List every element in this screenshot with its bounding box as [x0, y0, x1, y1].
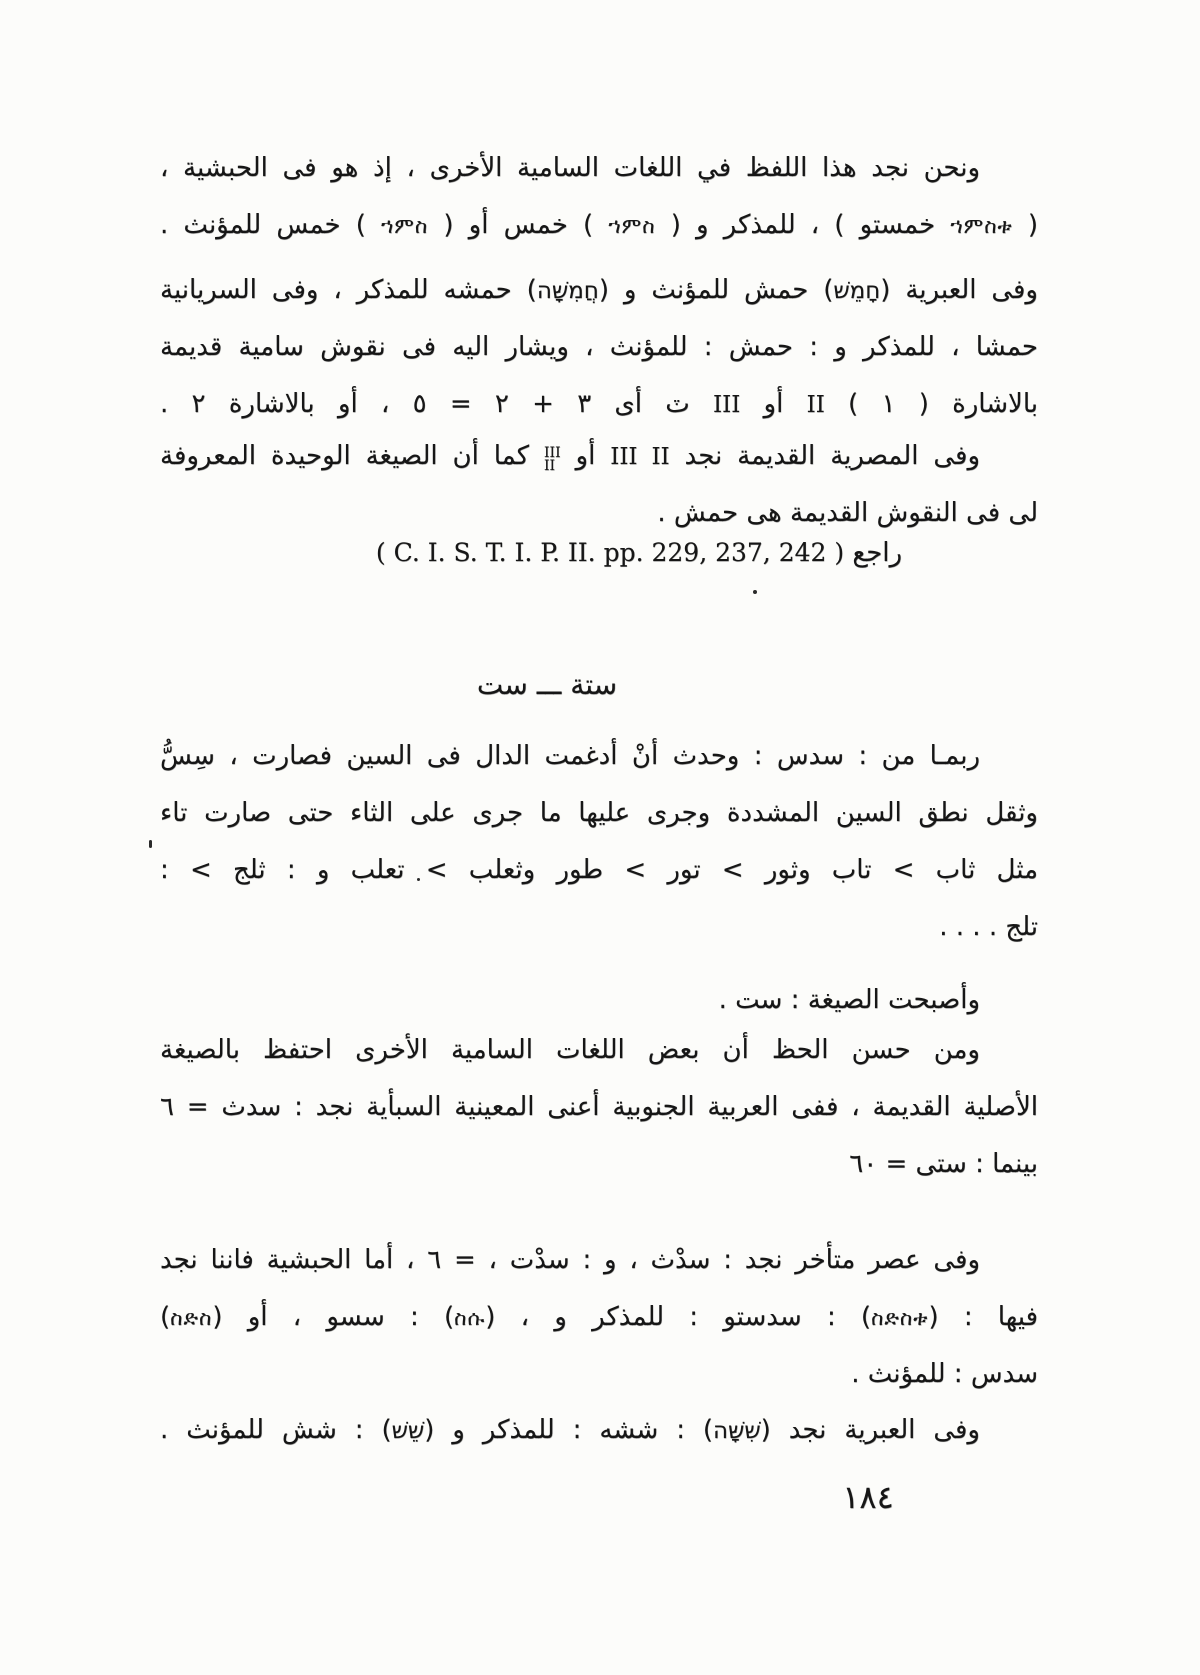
ink-speck [753, 590, 757, 594]
geez-word-khamistu: ኀምስቱ [950, 214, 1012, 238]
paragraph-ethiopic-five: ونحن نجد هذا اللفظ في اللغات السامية الأ… [160, 140, 1038, 254]
numeral-stack-bottom: II [544, 460, 561, 473]
roman-numeral-three: III [713, 392, 740, 418]
text-line: ومن حسن الحظ أن بعض اللغات السامية الأخر… [160, 1022, 1038, 1079]
paragraph-egyptian-five: وفى المصرية القديمة نجد III II أو IIIII … [160, 428, 1038, 542]
ink-speck [149, 840, 152, 848]
text-line: الأصلية القديمة ، ففى العربية الجنوبية أ… [160, 1079, 1038, 1136]
text-segment: فيها : ( [928, 1302, 1038, 1332]
section-heading: ستة ـــ ست [160, 668, 1038, 701]
paragraph-hebrew-syriac-five: وفى العبرية (חָמֵשׁ) حمش للمؤنث و (חֲמִש… [160, 262, 1038, 433]
section-heading-text: ستة ـــ ست [477, 668, 617, 701]
text-segment: خمستو ) ، للمذكر و ( [656, 210, 951, 240]
text-segment: أو [740, 389, 806, 419]
paragraph-six-etymology: ربمـا من : سدس : وحدث أنْ أدغمت الدال فى… [160, 728, 1038, 956]
text-segment: ( [1013, 210, 1038, 240]
hebrew-word-chamesh: חָמֵשׁ [833, 278, 880, 304]
text-segment: ) : ششه : للمذكر و ( [424, 1415, 713, 1445]
text-line: وفى العبرية (חָמֵשׁ) حمش للمؤنث و (חֲמִש… [160, 262, 1038, 319]
text-line: حمشا ، للمذكر و : حمش : للمؤنث ، ويشار ا… [160, 319, 1038, 376]
text-segment: ٽ أى ٣ + ٢ = ٥ ، أو بالاشارة ٢ . [160, 389, 713, 419]
text-line: ربمـا من : سدس : وحدث أنْ أدغمت الدال فى… [160, 728, 1038, 785]
hebrew-word-shishah: שִׁשָּׁה [713, 1418, 761, 1444]
text-line: وفى المصرية القديمة نجد III II أو IIIII … [160, 428, 1038, 485]
text-line: ونحن نجد هذا اللفظ في اللغات السامية الأ… [160, 140, 1038, 197]
geez-word-seds: ስድስ [170, 1306, 212, 1330]
citation-reference: ( C. I. S. T. I. P. II. pp. 229, 237, 24… [376, 538, 844, 567]
text-line: مثل ثاب > تاب وثور > تور > طور وثعلب > ت… [160, 842, 1038, 899]
roman-numeral-two: II [807, 392, 825, 418]
text-segment: ) حمش للمؤنث و ( [599, 275, 834, 305]
text-segment: وفى العبرية نجد ( [761, 1415, 980, 1445]
geez-word-khams: ኀምስ [381, 214, 428, 238]
geez-word-khams: ኀምስ [608, 214, 655, 238]
text-segment: وفى العبرية ( [880, 275, 1038, 305]
citation-line: راجع ( C. I. S. T. I. P. II. pp. 229, 23… [160, 538, 1038, 568]
geez-word-sessu: ስሱ [454, 1306, 485, 1330]
text-line: لى فى النقوش القديمة هى حمش . [160, 485, 1038, 542]
text-line: بينما : ستى = ٦٠ [160, 1136, 1038, 1193]
text-segment: ) : سدستو : للمذكر و ، ( [485, 1302, 871, 1332]
paragraph-ethiopic-six: وفى عصر متأخر نجد : سدْث ، و : سدْت ، = … [160, 1232, 1038, 1403]
text-line: بالاشارة ( ١ ) II أو III ٽ أى ٣ + ٢ = ٥ … [160, 376, 1038, 433]
scanned-book-page: { "content": { "p1": { "l1": "ونحن نجد ه… [0, 0, 1200, 1675]
text-segment: بالاشارة ( ١ ) [825, 389, 1038, 419]
text-segment: ) خمس للمؤنث . [160, 210, 381, 240]
page-number: ١٨٤ [818, 1478, 918, 1516]
text-segment: وفى المصرية القديمة نجد [670, 441, 980, 471]
text-line: فيها : (ስድስቱ) : سدستو : للمذكر و ، (ስሱ) … [160, 1289, 1038, 1346]
text-line: ( ኀምስቱ خمستو ) ، للمذكر و ( ኀምስ ) خمس أو… [160, 197, 1038, 254]
paragraph-form-became-sitt: وأصبحت الصيغة : ست . [160, 972, 1038, 1029]
text-segment: أو [561, 441, 611, 471]
roman-numeral-group: III II [610, 444, 669, 470]
paragraph-south-arabian-six: ومن حسن الحظ أن بعض اللغات السامية الأخر… [160, 1022, 1038, 1193]
text-segment: ) : شش للمؤنث . [160, 1415, 392, 1445]
text-segment: كما أن الصيغة الوحيدة المعروفة [160, 441, 544, 471]
geez-word-sedestu: ስድስቱ [871, 1306, 928, 1330]
citation-label: راجع [852, 538, 902, 568]
text-line: وفى العبرية نجد (שִׁשָּׁה) : ششه : للمذك… [160, 1402, 1038, 1459]
text-segment: ) [160, 1302, 170, 1332]
text-line: سدس : للمؤنث . [160, 1346, 1038, 1403]
text-line: تلج . . . . [160, 899, 1038, 956]
paragraph-hebrew-six: وفى العبرية نجد (שִׁשָּׁה) : ششه : للمذك… [160, 1402, 1038, 1459]
text-line: وثقل نطق السين المشددة وجرى عليها ما جرى… [160, 785, 1038, 842]
hebrew-word-shesh: שֵׁשׁ [392, 1418, 425, 1444]
hebrew-word-chamishah: חֲמִשָּׁה [537, 278, 599, 304]
text-segment: ) : سسو ، أو ( [212, 1302, 454, 1332]
text-segment: ) خمس أو ( [428, 210, 608, 240]
text-segment: ) حمشه للمذكر ، وفى السريانية [160, 275, 537, 305]
text-line: وفى عصر متأخر نجد : سدْث ، و : سدْت ، = … [160, 1232, 1038, 1289]
text-line: وأصبحت الصيغة : ست . [160, 972, 1038, 1029]
numeral-stack: IIIII [544, 447, 561, 473]
citation-inner: راجع ( C. I. S. T. I. P. II. pp. 229, 23… [376, 538, 902, 568]
